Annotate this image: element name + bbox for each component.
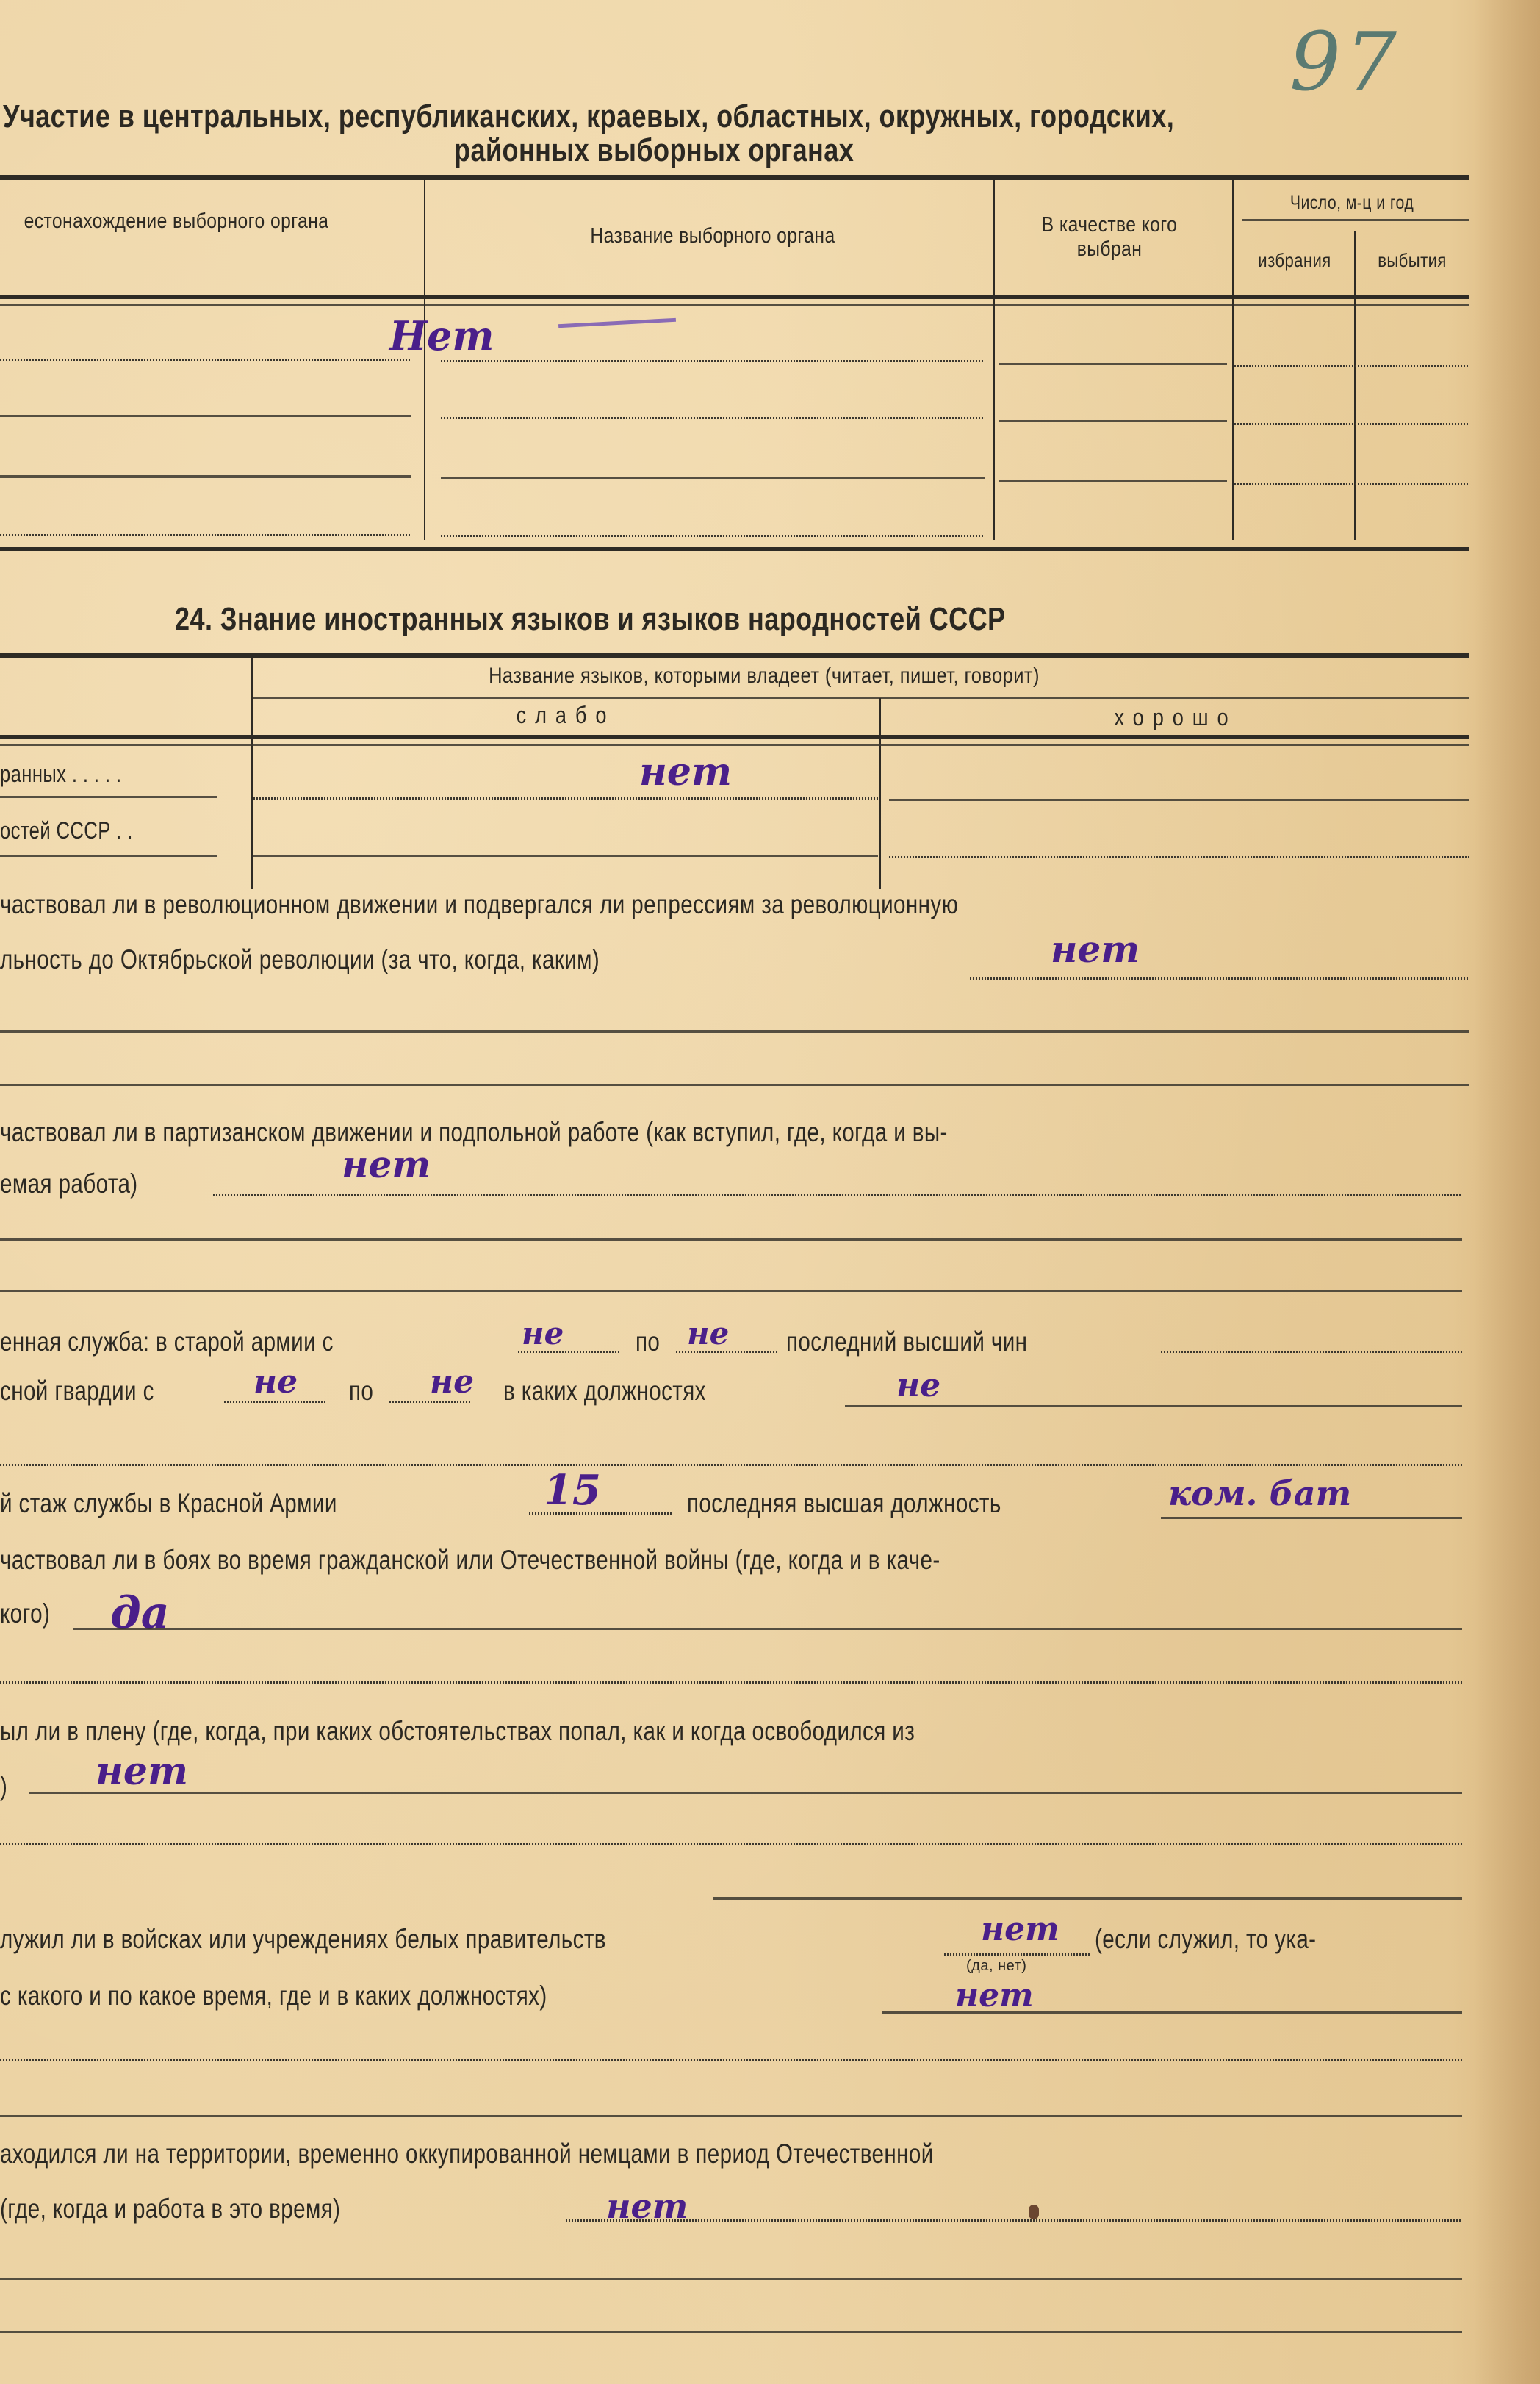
q-old-army-to-label: по — [636, 1326, 660, 1357]
answer-line — [0, 1084, 1469, 1086]
answer-line — [73, 1628, 1462, 1630]
col-divider-4 — [1354, 231, 1356, 540]
row-line — [0, 534, 411, 536]
answer-line — [0, 1238, 1462, 1241]
hint-yes-no: (да, нет) — [966, 1958, 1026, 1975]
paper-edge-shadow — [1474, 0, 1540, 2384]
answer-captivity: нет — [96, 1749, 188, 1794]
q-captivity-line2: ) — [0, 1771, 7, 1802]
col-header-good: хорошо — [988, 704, 1363, 731]
lang-header: Название языков, которыми владеет (читае… — [327, 664, 1201, 689]
q-last-position-label: последняя высшая должность — [687, 1488, 1001, 1519]
row-line — [441, 417, 985, 419]
q-red-guard-to-label: по — [349, 1376, 373, 1407]
q-battles-line2: кого) — [0, 1598, 50, 1629]
col-header-left: выбытия — [1362, 250, 1462, 272]
answer-line — [29, 1792, 1462, 1794]
q-partisan-line1: частвовал ли в партизанском движении и п… — [0, 1117, 948, 1148]
header-bottom-rule — [0, 295, 1469, 299]
answer-line — [882, 2011, 1462, 2014]
answer-old-army-from: не — [522, 1315, 564, 1351]
answer-elected-bodies: Нет — [389, 312, 494, 359]
row-line — [889, 799, 1469, 801]
q-captivity-line1: ыл ли в плену (где, когда, при каких обс… — [0, 1716, 915, 1747]
q-occupied-line1: аходился ли на территории, временно окку… — [0, 2139, 934, 2169]
row-line — [441, 360, 985, 362]
row-line — [999, 420, 1227, 422]
col-divider-1 — [424, 180, 425, 540]
answer-line — [0, 1030, 1469, 1033]
answer-red-guard-positions: не — [896, 1367, 940, 1404]
q-red-army-label: й стаж службы в Красной Армии — [0, 1488, 337, 1519]
lang-header-bottom-rule — [0, 735, 1469, 739]
answer-line — [213, 1194, 1462, 1196]
col-divider-3 — [1232, 180, 1234, 540]
answer-line — [0, 1290, 1462, 1292]
section-24-title: 24. Знание иностранных языков и языков н… — [175, 601, 1006, 638]
table-bottom-rule — [0, 547, 1469, 551]
answer-line — [713, 1897, 1462, 1900]
answer-line — [970, 977, 1469, 980]
row-line — [0, 475, 411, 478]
lang-table-top-rule — [0, 653, 1469, 658]
lang-col-divider-1 — [251, 658, 253, 889]
row-line — [0, 796, 217, 798]
answer-line — [1161, 1517, 1462, 1519]
answer-partisan: нет — [342, 1143, 431, 1186]
page-number: 97 — [1289, 15, 1401, 109]
row-line — [1234, 423, 1469, 425]
col-divider-2 — [993, 180, 995, 540]
row-line — [0, 415, 411, 417]
table-top-rule — [0, 175, 1469, 180]
row-line — [1234, 483, 1469, 485]
answer-battles: да — [110, 1587, 170, 1639]
q-red-guard-positions-label: в каких должностях — [503, 1376, 706, 1407]
answer-line — [0, 2278, 1462, 2280]
col-header-name: Название выборного органа — [507, 224, 919, 248]
answer-line — [389, 1401, 470, 1403]
date-group-rule — [1242, 219, 1469, 221]
answer-line — [0, 2331, 1462, 2333]
q-white-army-line1: лужил ли в войсках или учреждениях белых… — [0, 1924, 606, 1955]
answer-red-army-years: 15 — [544, 1466, 601, 1515]
row-line — [0, 359, 411, 361]
answer-red-guard-to: не — [430, 1363, 474, 1401]
answer-line — [566, 2219, 1462, 2222]
lang-header-rule — [253, 697, 1469, 699]
answer-line — [944, 1953, 1091, 1956]
q-occupied-line2: (где, когда и работа в это время) — [0, 2194, 340, 2225]
lang-col-divider-2 — [879, 698, 881, 889]
answer-old-army-to: не — [687, 1315, 729, 1351]
section-23-title-line1: Участие в центральных, республиканских, … — [3, 98, 1174, 135]
answer-red-guard-from: не — [253, 1363, 298, 1401]
col-header-weak: слабо — [397, 702, 735, 729]
q-old-army-rank-label: последний высший чин — [786, 1326, 1027, 1357]
q-partisan-line2: емая работа) — [0, 1168, 138, 1199]
answer-line — [518, 1351, 621, 1353]
answer-white-army-details: нет — [955, 1977, 1034, 2014]
row-line — [253, 855, 878, 857]
answer-revolution: нет — [1051, 927, 1140, 971]
q-white-army-line1b: (если служил, то ука- — [1095, 1924, 1316, 1955]
section-23-title-line2: районных выборных органах — [454, 132, 854, 169]
col-header-location: естонахождение выборного органа — [14, 209, 339, 234]
answer-white-army: нет — [981, 1911, 1059, 1948]
row-line — [253, 797, 878, 800]
ink-stain — [1029, 2205, 1039, 2219]
col-header-as-whom: В качестве кого выбран — [1016, 213, 1203, 262]
q-battles-line1: частвовал ли в боях во время гражданской… — [0, 1545, 940, 1576]
answer-line — [845, 1405, 1462, 1407]
lang-row-label-foreign: ранных . . . . . — [0, 761, 121, 788]
answer-line — [1161, 1351, 1462, 1353]
q-red-guard-label: сной гвардии с — [0, 1376, 154, 1407]
answer-line — [224, 1401, 327, 1403]
answer-line — [0, 1843, 1462, 1845]
row-line — [999, 480, 1227, 482]
header-bottom-rule-2 — [0, 304, 1469, 306]
answer-line — [0, 2115, 1462, 2117]
answer-strike-line — [558, 318, 676, 328]
answer-line — [529, 1512, 672, 1515]
q-white-army-line2: с какого и по какое время, где и в каких… — [0, 1981, 547, 2011]
lang-row-label-ussr: остей СССР . . — [0, 817, 133, 844]
q-old-army-label: енная служба: в старой армии с — [0, 1326, 334, 1357]
answer-line — [0, 2059, 1462, 2061]
row-line — [441, 535, 985, 537]
q-revolution-line1: частвовал ли в революционном движении и … — [0, 889, 958, 920]
q-revolution-line2: льность до Октябрьской революции (за что… — [0, 944, 600, 975]
lang-header-bottom-rule-2 — [0, 744, 1469, 746]
answer-line — [0, 1464, 1462, 1466]
answer-lang-weak: нет — [639, 750, 732, 794]
col-header-elected: избрания — [1239, 250, 1351, 272]
row-line — [999, 363, 1227, 365]
answer-last-position: ком. бат — [1168, 1473, 1351, 1513]
row-line — [1234, 365, 1469, 367]
row-line — [441, 477, 985, 479]
answer-line — [676, 1351, 779, 1353]
row-line — [889, 856, 1469, 858]
answer-line — [0, 1681, 1462, 1684]
col-header-date-group: Число, м-ц и год — [1252, 193, 1452, 214]
row-line — [0, 855, 217, 857]
